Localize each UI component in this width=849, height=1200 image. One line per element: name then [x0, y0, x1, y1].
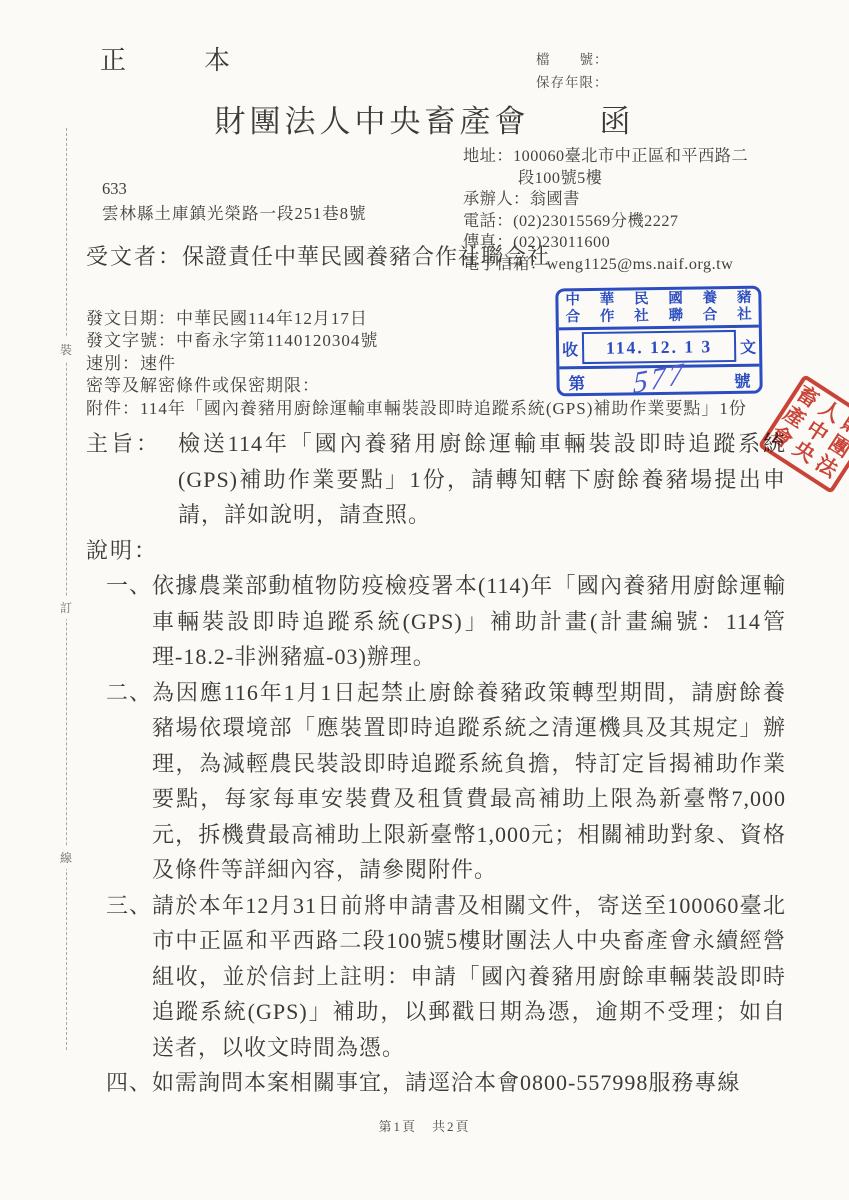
receipt-date-box: 114. 12. 1 3 [582, 330, 736, 364]
explanation-item-1: 一、 依據農業部動植物防疫檢疫署本(114)年「國內養豬用廚餘運輸車輛裝設即時追… [106, 568, 786, 675]
subject-text: 檢送114年「國內養豬用廚餘運輸車輛裝設即時追蹤系統(GPS)補助作業要點」1份… [178, 426, 786, 533]
issuer-address-line: 地址：100060臺北市中正區和平西路二 [463, 146, 748, 168]
explanation-item-3: 三、 請於本年12月31日前將申請書及相關文件，寄送至100060臺北市中正區和… [106, 888, 786, 1066]
item-text: 如需詢問本案相關事宜，請逕洽本會0800-557998服務專線 [152, 1065, 786, 1101]
binding-mark-ding: 訂 [59, 596, 73, 619]
explanation-item-4: 四、 如需詢問本案相關事宜，請逕洽本會0800-557998服務專線 [106, 1065, 786, 1101]
recipient-zip-code: 633 [102, 179, 127, 199]
subject-row: 主旨： 檢送114年「國內養豬用廚餘運輸車輛裝設即時追蹤系統(GPS)補助作業要… [86, 426, 786, 533]
explanation-label: 說明： [86, 533, 786, 569]
scanned-official-letter-page: 正 本 檔 號： 保存年限： 財團法人中央畜產會 函 地址：100060臺北市中… [0, 0, 849, 1200]
copy-type-label: 正 本 [100, 40, 256, 77]
receipt-number-suffix: 號 [734, 368, 751, 392]
receipt-stamp-number-row: 第 577 號 [559, 367, 759, 395]
receipt-stamp-shou: 收 [559, 330, 582, 366]
file-number-block: 檔 號： 保存年限： [536, 48, 609, 94]
item-number: 一、 [106, 568, 152, 675]
receipt-stamp-org: 中華民國養豬 合作社聯合社 [558, 289, 759, 331]
blue-receipt-stamp: 中華民國養豬 合作社聯合社 收 114. 12. 1 3 文 第 577 號 [555, 286, 762, 397]
attachment-line: 附件：114年「國內養豬用廚餘運輸車輛裝設即時追蹤系統(GPS)補助作業要點」1… [86, 398, 747, 420]
item-text: 為因應116年1月1日起禁止廚餘養豬政策轉型期間，請廚餘養豬場依環境部「應裝置即… [152, 675, 786, 888]
recipient-name: 保證責任中華民國養豬合作社聯合社 [182, 244, 550, 269]
binding-mark-zhuang: 裝 [59, 338, 73, 361]
recipient-line: 受文者：保證責任中華民國養豬合作社聯合社 [86, 240, 562, 273]
binding-dashed-line [66, 128, 67, 1050]
binding-mark-xian: 線 [59, 846, 73, 869]
item-number: 四、 [106, 1065, 152, 1101]
subject-label: 主旨： [86, 426, 178, 533]
explanation-item-2: 二、 為因應116年1月1日起禁止廚餘養豬政策轉型期間，請廚餘養豬場依環境部「應… [106, 675, 786, 888]
item-text: 請於本年12月31日前將申請書及相關文件，寄送至100060臺北市中正區和平西路… [152, 888, 786, 1066]
retention-period-label: 保存年限： [536, 71, 609, 94]
recipient-mailing-address: 雲林縣土庫鎮光榮路一段251巷8號 [102, 200, 367, 224]
item-number: 二、 [106, 675, 152, 888]
issuer-address-line2: 段100號5樓 [518, 168, 748, 190]
receipt-stamp-org-line1: 中華民國養豬 [565, 290, 751, 309]
item-text: 依據農業部動植物防疫檢疫署本(114)年「國內養豬用廚餘運輸車輛裝設即時追蹤系統… [152, 568, 786, 675]
letter-body: 主旨： 檢送114年「國內養豬用廚餘運輸車輛裝設即時追蹤系統(GPS)補助作業要… [86, 426, 786, 1101]
file-number-label: 檔 號： [536, 48, 609, 71]
receipt-stamp-wen: 文 [737, 328, 760, 364]
item-number: 三、 [106, 888, 152, 1066]
receipt-stamp-org-line2: 合作社聯合社 [566, 306, 752, 325]
recipient-label: 受文者： [86, 244, 182, 269]
page-number-footer: 第1頁 共2頁 [378, 1116, 470, 1135]
receipt-number-prefix: 第 [568, 370, 585, 394]
document-title: 財團法人中央畜產會 函 [215, 96, 635, 141]
contact-person-line: 承辦人：翁國書 [463, 189, 748, 211]
phone-line: 電話：(02)23015569分機2227 [463, 211, 748, 233]
